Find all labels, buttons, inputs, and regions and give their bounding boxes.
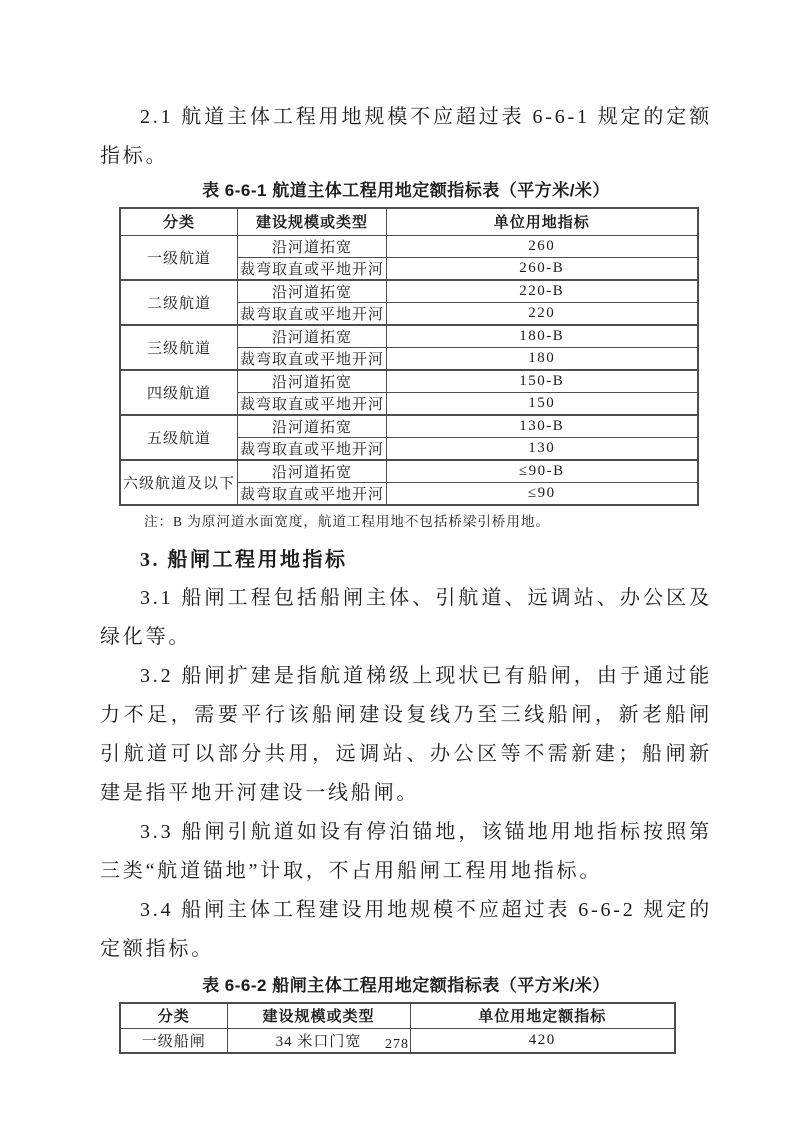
type-cell: 沿河道拓宽: [238, 280, 387, 303]
table-row: 三级航道 沿河道拓宽 180-B: [120, 325, 698, 348]
page-number: 278: [0, 1037, 794, 1053]
table-row: 四级航道 沿河道拓宽 150-B: [120, 370, 698, 393]
section-3-heading: 3. 船闸工程用地指标: [100, 545, 712, 576]
value-cell: 150: [387, 392, 698, 415]
type-cell: 裁弯取直或平地开河: [238, 347, 387, 370]
category-cell: 三级航道: [120, 325, 238, 370]
value-cell: ≤90-B: [387, 460, 698, 483]
clause-3-4: 3.4 船闸主体工程建设用地规模不应超过表 6-6-2 规定的定额指标。: [100, 891, 712, 969]
value-cell: 150-B: [387, 370, 698, 393]
table-6-6-1-caption: 表 6-6-1 航道主体工程用地定额指标表（平方米/米）: [100, 179, 712, 203]
header-scale-type: 建设规模或类型: [238, 208, 387, 235]
type-cell: 裁弯取直或平地开河: [238, 302, 387, 325]
category-cell: 五级航道: [120, 415, 238, 460]
type-cell: 裁弯取直或平地开河: [238, 392, 387, 415]
document-page: 2.1 航道主体工程用地规模不应超过表 6-6-1 规定的定额指标。 表 6-6…: [0, 0, 794, 1122]
table-row: 五级航道 沿河道拓宽 130-B: [120, 415, 698, 438]
header-unit-indicator: 单位用地指标: [387, 208, 698, 235]
category-cell: 一级航道: [120, 235, 238, 280]
clause-2-1: 2.1 航道主体工程用地规模不应超过表 6-6-1 规定的定额指标。: [100, 98, 712, 176]
table-header-row: 分类 建设规模或类型 单位用地定额指标: [120, 1003, 675, 1029]
category-cell: 六级航道及以下: [120, 460, 238, 505]
type-cell: 沿河道拓宽: [238, 325, 387, 348]
table-6-6-1: 分类 建设规模或类型 单位用地指标 一级航道 沿河道拓宽 260 裁弯取直或平地…: [119, 207, 699, 506]
value-cell: 130: [387, 437, 698, 460]
table-row: 一级航道 沿河道拓宽 260: [120, 235, 698, 257]
clause-3-3: 3.3 船闸引航道如设有停泊锚地，该锚地用地指标按照第三类“航道锚地”计取，不占…: [100, 813, 712, 891]
page-content: 2.1 航道主体工程用地规模不应超过表 6-6-1 规定的定额指标。 表 6-6…: [100, 98, 712, 1054]
type-cell: 裁弯取直或平地开河: [238, 437, 387, 460]
table-header-row: 分类 建设规模或类型 单位用地指标: [120, 208, 698, 235]
table-6-6-2-caption: 表 6-6-2 船闸主体工程用地定额指标表（平方米/米）: [100, 974, 712, 998]
type-cell: 沿河道拓宽: [238, 415, 387, 438]
value-cell: 220-B: [387, 280, 698, 303]
header-scale-type: 建设规模或类型: [227, 1003, 410, 1029]
value-cell: 260-B: [387, 257, 698, 280]
type-cell: 裁弯取直或平地开河: [238, 257, 387, 280]
type-cell: 沿河道拓宽: [238, 460, 387, 483]
table-row: 六级航道及以下 沿河道拓宽 ≤90-B: [120, 460, 698, 483]
header-category: 分类: [120, 1003, 227, 1029]
value-cell: 260: [387, 235, 698, 257]
type-cell: 沿河道拓宽: [238, 370, 387, 393]
clause-3-2: 3.2 船闸扩建是指航道梯级上现状已有船闸，由于通过能力不足，需要平行该船闸建设…: [100, 657, 712, 813]
type-cell: 沿河道拓宽: [238, 235, 387, 257]
table-6-6-1-note: 注：B 为原河道水面宽度，航道工程用地不包括桥梁引桥用地。: [144, 512, 712, 531]
value-cell: 130-B: [387, 415, 698, 438]
header-unit-quota-indicator: 单位用地定额指标: [410, 1003, 675, 1029]
category-cell: 二级航道: [120, 280, 238, 325]
table-row: 二级航道 沿河道拓宽 220-B: [120, 280, 698, 303]
header-category: 分类: [120, 208, 238, 235]
clause-3-1: 3.1 船闸工程包括船闸主体、引航道、远调站、办公区及绿化等。: [100, 579, 712, 657]
category-cell: 四级航道: [120, 370, 238, 415]
value-cell: ≤90: [387, 482, 698, 505]
type-cell: 裁弯取直或平地开河: [238, 482, 387, 505]
value-cell: 220: [387, 302, 698, 325]
value-cell: 180-B: [387, 325, 698, 348]
value-cell: 180: [387, 347, 698, 370]
